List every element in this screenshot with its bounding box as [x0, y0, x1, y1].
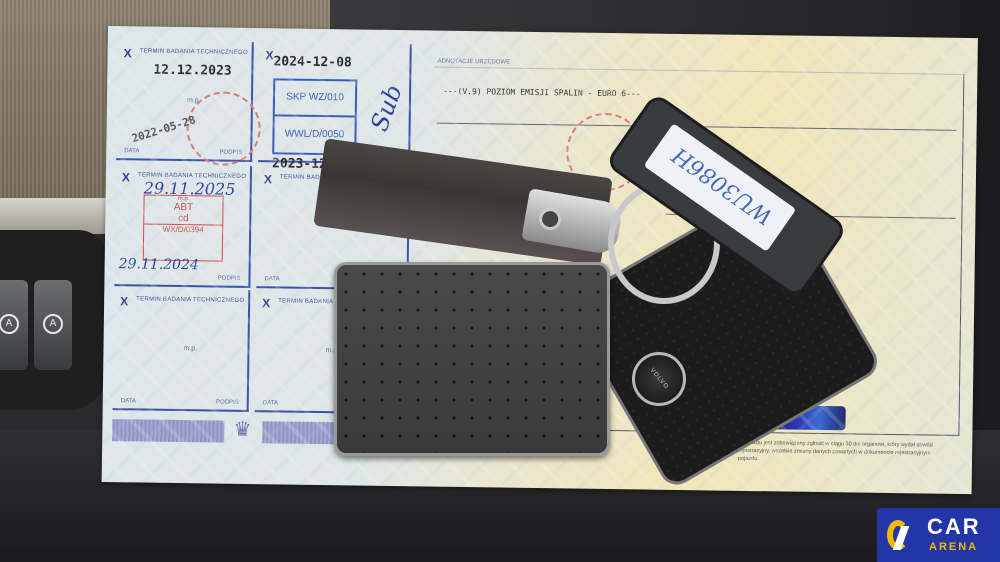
- x-mark: X: [266, 48, 274, 62]
- annotations-label: ADNOTACJE URZĘDOWE: [437, 59, 510, 66]
- podpis-label: PODPIS: [220, 150, 243, 156]
- brand-name-arena: ARENA: [929, 541, 978, 553]
- station-stamp: m.p. ABT cd WX/D/0394: [143, 195, 224, 262]
- next-inspection-date: 12.12.2023: [153, 63, 231, 79]
- stamp-date: 29.11.2024: [119, 256, 199, 273]
- x-mark: X: [122, 170, 130, 184]
- polish-eagle-emblem: ♛: [232, 417, 252, 443]
- inspector-code: WX/D/0394: [144, 224, 222, 235]
- x-mark: X: [120, 294, 128, 308]
- auto-hold-icon: A: [43, 314, 63, 334]
- data-label: DATA: [263, 400, 278, 406]
- box-header: TERMIN BADANIA TECHNICZNEGO: [140, 48, 248, 56]
- signature: Sub: [365, 81, 408, 135]
- podpis-label: PODPIS: [218, 276, 241, 282]
- car-arena-logo: CAR ARENA: [877, 508, 1000, 562]
- brand-name-car: CAR: [927, 514, 981, 540]
- key-fob-front: [334, 262, 610, 456]
- photo-scene: A A X TERMIN BADANIA TECHNICZNEGO 12.12.…: [0, 0, 1000, 562]
- chrome-trim: [0, 198, 110, 234]
- inspection-box-5: X TERMIN BADANIA TECHNICZNEGO m.p. DATA …: [113, 288, 251, 412]
- next-inspection-date: 2024-12-08: [273, 54, 351, 70]
- data-label: DATA: [121, 398, 136, 404]
- x-mark: X: [262, 296, 270, 310]
- x-mark: X: [124, 46, 132, 60]
- car-arena-mark-icon: [887, 520, 915, 550]
- box-header: TERMIN BADANIA TECHNICZNEGO: [136, 296, 244, 304]
- fine-print: ...pojazdu jest zobowiązany zgłosić w ci…: [738, 439, 948, 466]
- security-band-left: [112, 419, 224, 443]
- panel-button-left: A: [0, 280, 28, 370]
- inspection-box-3: X TERMIN BADANIA TECHNICZNEGO 29.11.2025…: [114, 164, 252, 288]
- data-label: DATA: [264, 276, 279, 282]
- podpis-label: PODPIS: [216, 400, 239, 406]
- panel-button-right: A: [34, 280, 72, 370]
- x-mark: X: [264, 172, 272, 186]
- auto-hold-icon: A: [0, 314, 19, 334]
- data-label: DATA: [124, 148, 139, 154]
- inspection-box-1: X TERMIN BADANIA TECHNICZNEGO 12.12.2023…: [116, 40, 254, 162]
- station-code: SKP WZ/010: [275, 80, 355, 117]
- mp-label: m.p.: [183, 345, 197, 352]
